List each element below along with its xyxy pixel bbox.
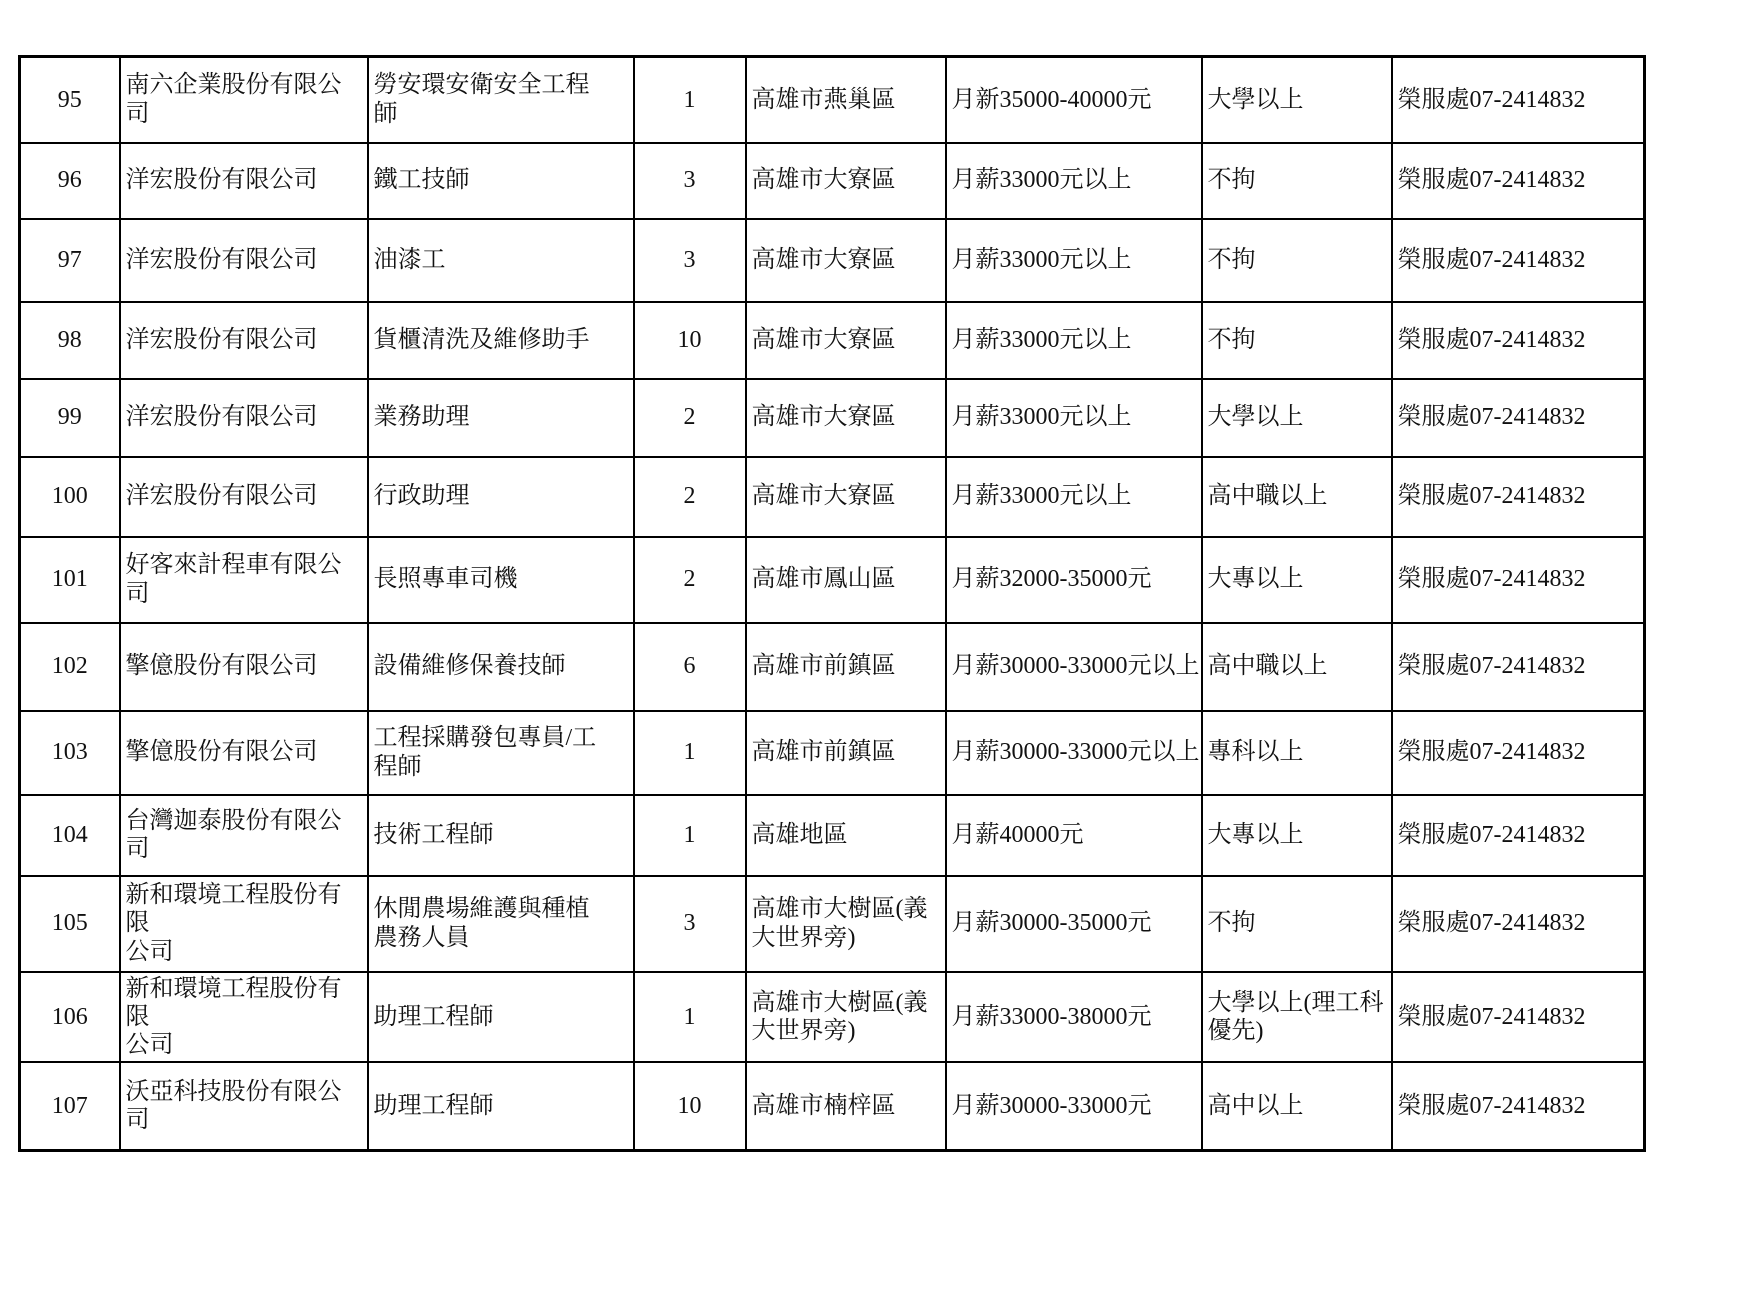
cell-education: 高中以上 <box>1202 1062 1392 1150</box>
job-listings-table: 95南六企業股份有限公司勞安環安衛安全工程 師1高雄市燕巢區月新35000-40… <box>18 55 1646 1152</box>
cell-location: 高雄市燕巢區 <box>746 57 946 143</box>
cell-openings: 1 <box>634 57 746 143</box>
cell-contact: 榮服處07-2414832 <box>1392 876 1645 972</box>
table-row: 103擎億股份有限公司工程採購發包專員/工 程師1高雄市前鎮區月薪30000-3… <box>20 711 1645 795</box>
table-row: 101好客來計程車有限公司長照專車司機2高雄市鳳山區月薪32000-35000元… <box>20 537 1645 623</box>
cell-location: 高雄市前鎮區 <box>746 711 946 795</box>
cell-contact: 榮服處07-2414832 <box>1392 379 1645 457</box>
cell-contact: 榮服處07-2414832 <box>1392 219 1645 302</box>
cell-salary: 月薪33000元以上 <box>946 379 1202 457</box>
cell-contact: 榮服處07-2414832 <box>1392 1062 1645 1150</box>
cell-education: 不拘 <box>1202 219 1392 302</box>
cell-education: 大學以上(理工科 優先) <box>1202 972 1392 1063</box>
cell-education: 高中職以上 <box>1202 623 1392 711</box>
cell-company: 南六企業股份有限公司 <box>120 57 368 143</box>
table-row: 96洋宏股份有限公司鐵工技師3高雄市大寮區月薪33000元以上不拘榮服處07-2… <box>20 143 1645 219</box>
cell-location: 高雄市前鎮區 <box>746 623 946 711</box>
cell-job: 助理工程師 <box>368 972 634 1063</box>
cell-education: 不拘 <box>1202 302 1392 379</box>
cell-contact: 榮服處07-2414832 <box>1392 711 1645 795</box>
cell-no: 102 <box>20 623 120 711</box>
cell-company: 台灣迦泰股份有限公司 <box>120 795 368 876</box>
cell-salary: 月薪33000-38000元 <box>946 972 1202 1063</box>
cell-job: 長照專車司機 <box>368 537 634 623</box>
cell-contact: 榮服處07-2414832 <box>1392 302 1645 379</box>
cell-contact: 榮服處07-2414832 <box>1392 457 1645 537</box>
table-row: 97洋宏股份有限公司油漆工3高雄市大寮區月薪33000元以上不拘榮服處07-24… <box>20 219 1645 302</box>
cell-salary: 月薪33000元以上 <box>946 457 1202 537</box>
cell-salary: 月薪30000-33000元以上 <box>946 711 1202 795</box>
cell-location: 高雄市大寮區 <box>746 379 946 457</box>
cell-job: 鐵工技師 <box>368 143 634 219</box>
cell-openings: 1 <box>634 795 746 876</box>
cell-location: 高雄地區 <box>746 795 946 876</box>
cell-contact: 榮服處07-2414832 <box>1392 537 1645 623</box>
cell-salary: 月薪32000-35000元 <box>946 537 1202 623</box>
cell-no: 105 <box>20 876 120 972</box>
cell-job: 業務助理 <box>368 379 634 457</box>
cell-contact: 榮服處07-2414832 <box>1392 143 1645 219</box>
cell-location: 高雄市楠梓區 <box>746 1062 946 1150</box>
cell-company: 好客來計程車有限公司 <box>120 537 368 623</box>
cell-job: 工程採購發包專員/工 程師 <box>368 711 634 795</box>
cell-openings: 1 <box>634 972 746 1063</box>
cell-contact: 榮服處07-2414832 <box>1392 972 1645 1063</box>
cell-openings: 2 <box>634 537 746 623</box>
cell-education: 不拘 <box>1202 143 1392 219</box>
cell-no: 104 <box>20 795 120 876</box>
cell-location: 高雄市大寮區 <box>746 143 946 219</box>
cell-contact: 榮服處07-2414832 <box>1392 57 1645 143</box>
cell-location: 高雄市大寮區 <box>746 457 946 537</box>
cell-company: 擎億股份有限公司 <box>120 711 368 795</box>
cell-no: 100 <box>20 457 120 537</box>
cell-contact: 榮服處07-2414832 <box>1392 795 1645 876</box>
cell-education: 不拘 <box>1202 876 1392 972</box>
cell-no: 107 <box>20 1062 120 1150</box>
cell-job: 助理工程師 <box>368 1062 634 1150</box>
cell-openings: 3 <box>634 876 746 972</box>
cell-location: 高雄市鳳山區 <box>746 537 946 623</box>
cell-company: 洋宏股份有限公司 <box>120 379 368 457</box>
cell-no: 99 <box>20 379 120 457</box>
cell-openings: 10 <box>634 1062 746 1150</box>
cell-job: 設備維修保養技師 <box>368 623 634 711</box>
cell-salary: 月薪33000元以上 <box>946 302 1202 379</box>
cell-company: 新和環境工程股份有限 公司 <box>120 972 368 1063</box>
job-listings-body: 95南六企業股份有限公司勞安環安衛安全工程 師1高雄市燕巢區月新35000-40… <box>20 57 1645 1151</box>
cell-openings: 10 <box>634 302 746 379</box>
cell-location: 高雄市大寮區 <box>746 219 946 302</box>
cell-company: 新和環境工程股份有限 公司 <box>120 876 368 972</box>
cell-company: 擎億股份有限公司 <box>120 623 368 711</box>
cell-education: 專科以上 <box>1202 711 1392 795</box>
cell-no: 106 <box>20 972 120 1063</box>
cell-salary: 月薪30000-33000元以上 <box>946 623 1202 711</box>
table-row: 95南六企業股份有限公司勞安環安衛安全工程 師1高雄市燕巢區月新35000-40… <box>20 57 1645 143</box>
cell-no: 97 <box>20 219 120 302</box>
cell-job: 油漆工 <box>368 219 634 302</box>
table-row: 98洋宏股份有限公司貨櫃清洗及維修助手10高雄市大寮區月薪33000元以上不拘榮… <box>20 302 1645 379</box>
cell-openings: 1 <box>634 711 746 795</box>
cell-education: 大專以上 <box>1202 537 1392 623</box>
cell-location: 高雄市大樹區(義 大世界旁) <box>746 972 946 1063</box>
cell-education: 大專以上 <box>1202 795 1392 876</box>
cell-company: 洋宏股份有限公司 <box>120 143 368 219</box>
table-row: 107沃亞科技股份有限公司助理工程師10高雄市楠梓區月薪30000-33000元… <box>20 1062 1645 1150</box>
cell-education: 高中職以上 <box>1202 457 1392 537</box>
cell-education: 大學以上 <box>1202 379 1392 457</box>
cell-company: 洋宏股份有限公司 <box>120 219 368 302</box>
cell-job: 行政助理 <box>368 457 634 537</box>
cell-job: 貨櫃清洗及維修助手 <box>368 302 634 379</box>
table-row: 105新和環境工程股份有限 公司休閒農場維護與種植 農務人員3高雄市大樹區(義 … <box>20 876 1645 972</box>
cell-job: 休閒農場維護與種植 農務人員 <box>368 876 634 972</box>
table-row: 102擎億股份有限公司設備維修保養技師6高雄市前鎮區月薪30000-33000元… <box>20 623 1645 711</box>
table-row: 104台灣迦泰股份有限公司技術工程師1高雄地區月薪40000元大專以上榮服處07… <box>20 795 1645 876</box>
cell-openings: 6 <box>634 623 746 711</box>
cell-education: 大學以上 <box>1202 57 1392 143</box>
cell-company: 洋宏股份有限公司 <box>120 302 368 379</box>
cell-no: 96 <box>20 143 120 219</box>
cell-salary: 月薪33000元以上 <box>946 219 1202 302</box>
cell-openings: 2 <box>634 457 746 537</box>
table-row: 99洋宏股份有限公司業務助理2高雄市大寮區月薪33000元以上大學以上榮服處07… <box>20 379 1645 457</box>
table-row: 106新和環境工程股份有限 公司助理工程師1高雄市大樹區(義 大世界旁)月薪33… <box>20 972 1645 1063</box>
cell-company: 洋宏股份有限公司 <box>120 457 368 537</box>
cell-no: 95 <box>20 57 120 143</box>
cell-salary: 月薪40000元 <box>946 795 1202 876</box>
cell-job: 勞安環安衛安全工程 師 <box>368 57 634 143</box>
cell-openings: 3 <box>634 219 746 302</box>
cell-location: 高雄市大寮區 <box>746 302 946 379</box>
cell-no: 103 <box>20 711 120 795</box>
cell-job: 技術工程師 <box>368 795 634 876</box>
cell-company: 沃亞科技股份有限公司 <box>120 1062 368 1150</box>
cell-no: 101 <box>20 537 120 623</box>
cell-salary: 月薪30000-33000元 <box>946 1062 1202 1150</box>
cell-contact: 榮服處07-2414832 <box>1392 623 1645 711</box>
cell-location: 高雄市大樹區(義 大世界旁) <box>746 876 946 972</box>
cell-salary: 月新35000-40000元 <box>946 57 1202 143</box>
table-row: 100洋宏股份有限公司行政助理2高雄市大寮區月薪33000元以上高中職以上榮服處… <box>20 457 1645 537</box>
cell-salary: 月薪33000元以上 <box>946 143 1202 219</box>
cell-salary: 月薪30000-35000元 <box>946 876 1202 972</box>
cell-openings: 3 <box>634 143 746 219</box>
cell-openings: 2 <box>634 379 746 457</box>
cell-no: 98 <box>20 302 120 379</box>
